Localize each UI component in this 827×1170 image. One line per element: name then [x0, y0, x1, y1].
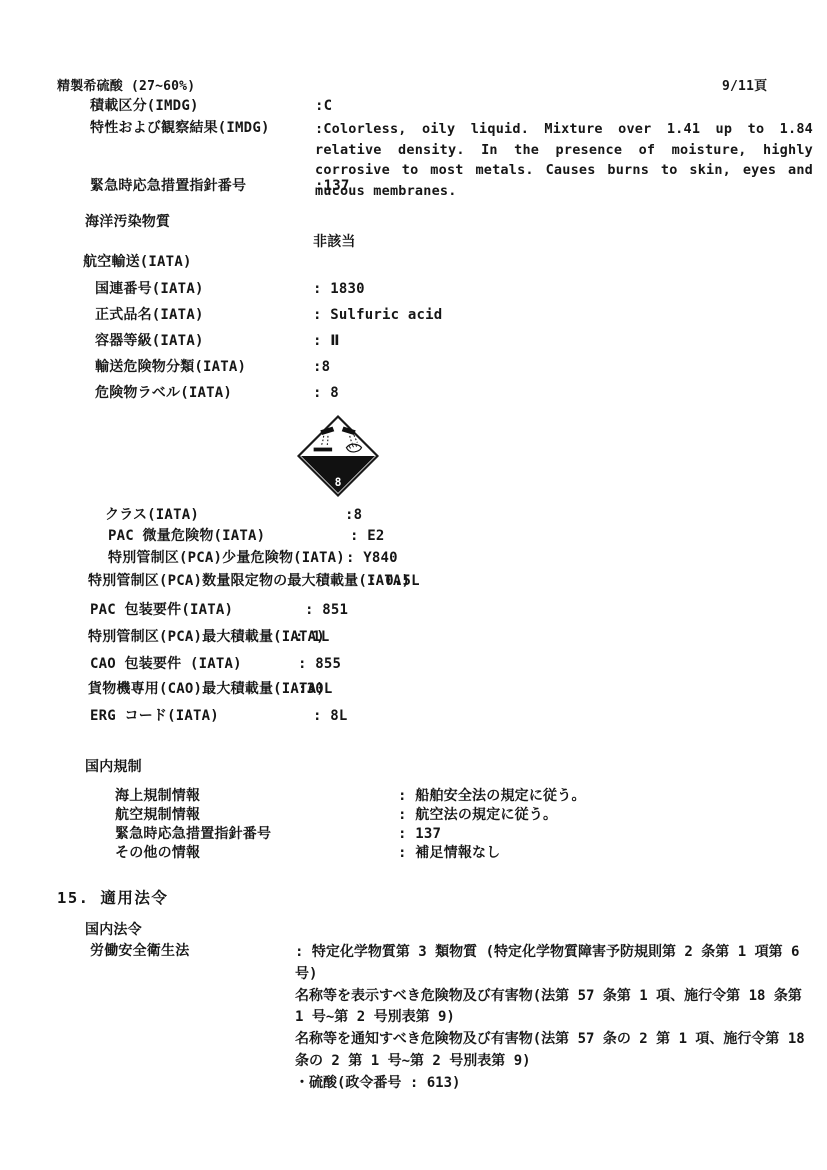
- iata-packing-group-label: 容器等級(IATA): [95, 333, 204, 349]
- imdg-stowage-label: 積載区分(IMDG): [90, 98, 199, 114]
- imdg-stowage-value: :C: [315, 98, 332, 114]
- iata-cao-packing-label: CAO 包装要件 (IATA): [90, 656, 242, 672]
- iata-pca-small-qty-label: 特別管制区(PCA)少量危険物(IATA): [108, 550, 345, 566]
- sea-regulation-value: : 船舶安全法の規定に従う。: [398, 788, 586, 804]
- class-number-digit: 8: [335, 475, 342, 489]
- ems-guide-number-value: : 137: [398, 826, 441, 842]
- domestic-regulation-section-label: 国内規制: [85, 759, 142, 775]
- marine-pollutant-value: 非該当: [313, 234, 356, 250]
- iata-cao-max-load-value: :30L: [298, 681, 333, 697]
- law-item: ・硫酸(政令番号 : 613): [295, 1073, 815, 1095]
- iata-cao-max-load-label: 貨物機専用(CAO)最大積載量(IATA): [88, 681, 325, 697]
- iata-class-value: :8: [345, 507, 362, 523]
- other-info-label: その他の情報: [115, 845, 200, 861]
- page-number: 9/11頁: [722, 79, 767, 95]
- iata-pac-packing-label: PAC 包装要件(IATA): [90, 602, 233, 618]
- iata-un-number-label: 国連番号(IATA): [95, 281, 204, 297]
- air-regulation-label: 航空規制情報: [115, 807, 200, 823]
- imdg-ems-guide-label: 緊急時応急措置指針番号: [90, 178, 246, 194]
- section15-subheading: 国内法令: [85, 922, 142, 938]
- document-title: 精製希硫酸 (27~60%): [57, 79, 195, 95]
- iata-proper-name-label: 正式品名(IATA): [95, 307, 204, 323]
- iata-cao-packing-value: : 855: [298, 656, 341, 672]
- iata-hazard-class-label: 輸送危険物分類(IATA): [95, 359, 246, 375]
- iata-hazard-label-label: 危険物ラベル(IATA): [95, 385, 232, 401]
- iata-section-label: 航空輸送(IATA): [83, 254, 192, 270]
- iata-erg-code-label: ERG コード(IATA): [90, 708, 219, 724]
- ems-guide-number-label: 緊急時応急措置指針番号: [115, 826, 271, 842]
- iata-erg-code-value: : 8L: [313, 708, 348, 724]
- iata-pac-trace-label: PAC 微量危険物(IATA): [108, 528, 265, 544]
- imdg-properties-value: :Colorless, oily liquid. Mixture over 1.…: [315, 119, 813, 201]
- sea-regulation-label: 海上規制情報: [115, 788, 200, 804]
- iata-proper-name-value: : Sulfuric acid: [313, 307, 442, 323]
- imdg-ems-guide-value: :137: [315, 178, 350, 194]
- industrial-safety-health-law-label: 労働安全衛生法: [90, 943, 189, 959]
- iata-pac-packing-value: : 851: [305, 602, 348, 618]
- iata-pca-small-qty-value: : Y840: [346, 550, 398, 566]
- section15-heading: 15. 適用法令: [57, 890, 168, 906]
- iata-un-number-value: : 1830: [313, 281, 365, 297]
- industrial-safety-health-law-details: : 特定化学物質第 3 類物質 (特定化学物質障害予防規則第 2 条第 1 項第…: [295, 942, 815, 1095]
- air-regulation-value: : 航空法の規定に従う。: [398, 807, 557, 823]
- iata-pca-max-load-value: : 1L: [295, 629, 330, 645]
- iata-pca-max-load-label: 特別管制区(PCA)最大積載量(IATA): [88, 629, 325, 645]
- law-item: 名称等を表示すべき危険物及び有害物(法第 57 条第 1 項、施行令第 18 条…: [295, 986, 815, 1030]
- iata-pac-trace-value: : E2: [350, 528, 385, 544]
- iata-pca-limited-qty-max-label: 特別管制区(PCA)数量限定物の最大積載量(IATA): [88, 573, 410, 589]
- sds-document-page: 精製希硫酸 (27~60%) 9/11頁 積載区分(IMDG) :C 特性および…: [0, 0, 827, 1170]
- iata-pca-limited-qty-max-value: : 0.5L: [368, 573, 420, 589]
- other-info-value: : 補足情報なし: [398, 845, 500, 861]
- marine-pollutant-label: 海洋汚染物質: [85, 214, 170, 230]
- iata-hazard-label-value: : 8: [313, 385, 339, 401]
- law-item: : 特定化学物質第 3 類物質 (特定化学物質障害予防規則第 2 条第 1 項第…: [295, 942, 815, 986]
- corrosive-class8-diamond-icon: 8: [296, 414, 380, 498]
- iata-hazard-class-value: :8: [313, 359, 330, 375]
- law-item: 名称等を通知すべき危険物及び有害物(法第 57 条の 2 第 1 項、施行令第 …: [295, 1029, 815, 1073]
- iata-class-label: クラス(IATA): [105, 507, 199, 523]
- iata-packing-group-value: : Ⅱ: [313, 333, 340, 349]
- imdg-properties-label: 特性および観察結果(IMDG): [90, 120, 270, 136]
